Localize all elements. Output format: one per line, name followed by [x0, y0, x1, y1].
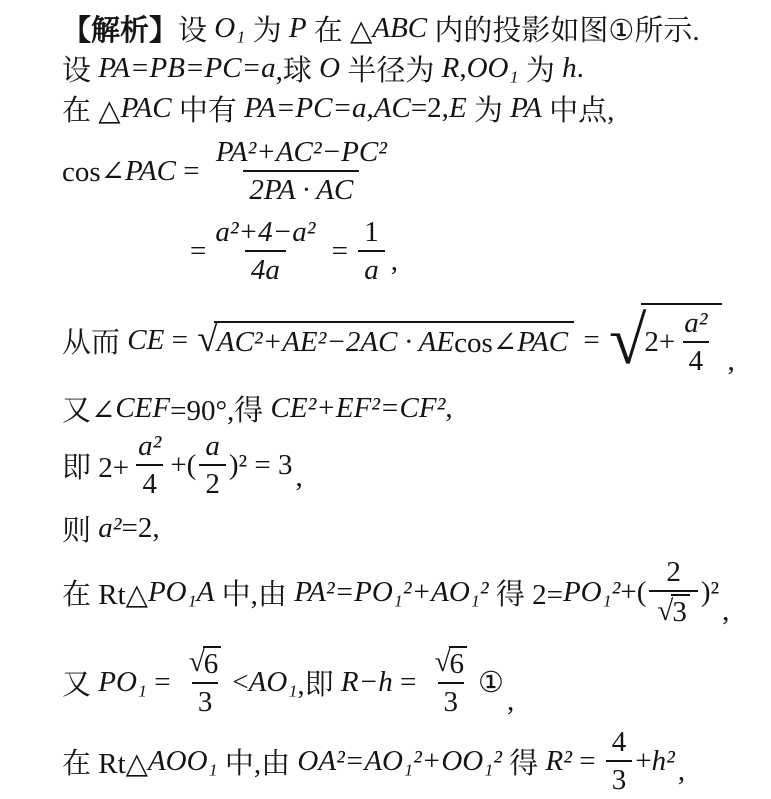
- math-run: PA=PB=PC=a: [98, 52, 275, 85]
- text-run: .: [577, 52, 584, 85]
- fraction-numerator: 2: [660, 556, 687, 590]
- text-run: ,球: [276, 48, 320, 89]
- fraction: a 2: [199, 430, 226, 501]
- fraction-denominator: 4: [683, 341, 710, 377]
- text-run: )² = 3: [229, 449, 293, 482]
- text-run: 中,由: [214, 572, 294, 613]
- text-run: 又: [62, 662, 98, 703]
- text-run: 半径为: [340, 48, 442, 89]
- text-run: ,: [459, 52, 466, 85]
- math-run: AO₁: [249, 666, 298, 699]
- text-run: 在 △: [62, 88, 121, 129]
- math-run: ABC: [372, 12, 427, 45]
- math-run: PAC: [125, 155, 176, 188]
- text-run: 中点,: [542, 88, 615, 129]
- solution-text: 【解析】 设 O₁ 为 P 在 △ ABC 内的投影如图①所示. 设 PA=PB…: [0, 0, 771, 796]
- text-run: 2+: [644, 326, 675, 359]
- math-run: PA=PC=a: [244, 92, 366, 125]
- fraction: √ 6 3: [181, 646, 229, 719]
- text-run: =: [147, 666, 178, 699]
- radicand: 2+ a² 4: [641, 303, 722, 378]
- math-run: PA: [510, 92, 542, 125]
- text-run: ,即: [297, 662, 341, 703]
- fraction-numerator: 4: [606, 726, 633, 760]
- math-run: R²: [546, 745, 572, 778]
- text-run: =2,: [121, 512, 159, 545]
- solution-line-5: = a²+4−a² 4a = 1 a ,: [190, 216, 765, 286]
- text-run: =: [164, 324, 195, 357]
- math-run: a²: [98, 512, 121, 545]
- comma: ,: [719, 595, 729, 636]
- text-run: cos∠: [62, 154, 125, 189]
- math-run: PO₁: [98, 666, 147, 699]
- fraction: 2 √ 3: [649, 556, 697, 629]
- text-run: 从而: [62, 320, 127, 361]
- fraction: PA²+AC²−PC² 2PA · AC: [210, 136, 393, 207]
- equation-number: ①: [478, 665, 504, 700]
- text-run: +(: [620, 576, 646, 609]
- math-run: AC²+AE²−2AC · AE: [217, 326, 454, 359]
- fraction-numerator: PA²+AC²−PC²: [210, 136, 393, 170]
- math-run: CEF: [115, 392, 170, 425]
- solution-line-1: 【解析】 设 O₁ 为 P 在 △ ABC 内的投影如图①所示.: [62, 8, 765, 48]
- text-run: 即 2+: [62, 445, 129, 486]
- math-run: PA²=PO₁²+AO₁²: [294, 576, 488, 609]
- fraction-numerator: a²+4−a²: [209, 216, 321, 250]
- text-run: +(: [170, 449, 196, 482]
- sqrt-radical: √ 6: [435, 646, 467, 680]
- solution-line-7: 又∠ CEF =90°,得 CE²+EF²=CF² ,: [62, 388, 765, 428]
- fraction-numerator: 1: [358, 216, 385, 250]
- text-run: ,: [367, 92, 374, 125]
- math-run: R: [442, 52, 460, 85]
- fraction-numerator: a²: [678, 307, 713, 341]
- math-run: AOO₁: [148, 745, 218, 778]
- text-run: 设: [62, 48, 98, 89]
- sqrt-radical: √ 6: [189, 646, 221, 680]
- math-run: PO₁²: [563, 576, 620, 609]
- fraction-numerator: √ 6: [427, 646, 475, 682]
- text-run: 为: [245, 8, 289, 49]
- fraction-denominator: a: [358, 250, 385, 286]
- text-run: 内的投影如图①所示.: [427, 8, 700, 49]
- fraction: a² 4: [678, 307, 713, 378]
- math-run: O: [319, 52, 340, 85]
- math-run: h²: [652, 745, 675, 778]
- math-run: CE²+EF²=CF²: [271, 392, 446, 425]
- text-run: =: [190, 235, 206, 268]
- math-run: CE: [127, 324, 164, 357]
- text-run: <: [232, 666, 248, 699]
- text-run: =: [176, 155, 207, 188]
- radicand: 6: [449, 646, 468, 680]
- math-run: OA²=AO₁²+OO₁²: [297, 745, 502, 778]
- fraction-denominator: 2PA · AC: [243, 170, 359, 206]
- sqrt-radical: √ 2+ a² 4: [609, 303, 722, 378]
- fraction-numerator: a²: [132, 430, 167, 464]
- analysis-label: 【解析】: [62, 8, 178, 49]
- fraction: a² 4: [132, 430, 167, 501]
- text-run: 则: [62, 508, 98, 549]
- fraction-denominator: 4a: [245, 250, 286, 286]
- solution-line-4: cos∠ PAC = PA²+AC²−PC² 2PA · AC: [62, 132, 765, 210]
- text-run: 中,由: [218, 741, 298, 782]
- comma: ,: [504, 685, 514, 726]
- solution-line-2: 设 PA=PB=PC=a ,球 O 半径为 R , OO₁ 为 h .: [62, 48, 765, 88]
- solution-line-9: 则 a² =2,: [62, 508, 765, 548]
- fraction-denominator: 2: [199, 464, 226, 500]
- math-run: OO₁: [467, 52, 519, 85]
- comma: ,: [293, 461, 303, 502]
- text-run: +: [635, 745, 651, 778]
- math-run: E: [449, 92, 467, 125]
- text-run: 得: [502, 741, 546, 782]
- math-run: R−h: [341, 666, 393, 699]
- math-run: AC: [374, 92, 411, 125]
- fraction-numerator: √ 6: [181, 646, 229, 682]
- radicand: 6: [203, 646, 222, 680]
- comma: ,: [388, 245, 398, 286]
- solution-line-11: 又 PO₁ = √ 6 3 < AO₁ ,即 R−h = √ 6 3: [62, 638, 765, 726]
- comma: ,: [724, 345, 734, 386]
- text-run: 设: [178, 8, 214, 49]
- fraction: 1 a: [358, 216, 385, 287]
- fraction-denominator: 4: [136, 464, 163, 500]
- text-run: 中有: [172, 88, 245, 129]
- math-run: PAC: [121, 92, 172, 125]
- text-run: =: [324, 235, 355, 268]
- fraction-denominator: √ 3: [649, 590, 697, 628]
- fraction: 4 3: [606, 726, 633, 797]
- text-run: 在 Rt△: [62, 741, 148, 782]
- text-run: =2,: [411, 92, 449, 125]
- text-run: 为: [467, 88, 511, 129]
- radicand: AC²+AE²−2AC · AE cos∠ PAC: [214, 321, 574, 360]
- fraction-numerator: a: [199, 430, 226, 464]
- text-run: ,: [445, 392, 452, 425]
- text-run: 又∠: [62, 388, 115, 429]
- solution-line-3: 在 △ PAC 中有 PA=PC=a , AC =2, E 为 PA 中点,: [62, 88, 765, 128]
- solution-line-12: 在 Rt△ AOO₁ 中,由 OA²=AO₁²+OO₁² 得 R² = 4 3 …: [62, 726, 765, 796]
- math-run: PAC: [517, 326, 568, 359]
- math-run: P: [289, 12, 307, 45]
- text-run: =90°,得: [170, 388, 270, 429]
- comma: ,: [675, 755, 685, 796]
- math-run: O₁: [214, 12, 245, 45]
- text-run: 在 △: [307, 8, 373, 49]
- fraction: a²+4−a² 4a: [209, 216, 321, 287]
- text-run: cos∠: [454, 325, 517, 360]
- text-run: 得 2=: [489, 572, 563, 613]
- solution-line-10: 在 Rt△ PO₁A 中,由 PA²=PO₁²+AO₁² 得 2= PO₁² +…: [62, 548, 765, 636]
- math-run: h: [562, 52, 577, 85]
- text-run: 在 Rt△: [62, 572, 148, 613]
- text-run: =: [576, 324, 607, 357]
- fraction: √ 6 3: [427, 646, 475, 719]
- text-run: 为: [519, 48, 563, 89]
- fraction-denominator: 3: [192, 682, 219, 718]
- fraction-denominator: 3: [606, 760, 633, 796]
- math-run: PO₁A: [148, 576, 214, 609]
- sqrt-radical: √ AC²+AE²−2AC · AE cos∠ PAC: [197, 321, 574, 360]
- solution-line-6: 从而 CE = √ AC²+AE²−2AC · AE cos∠ PAC = √ …: [62, 294, 765, 386]
- fraction-denominator: 3: [438, 682, 465, 718]
- radicand: 3: [671, 594, 690, 628]
- solution-line-8: 即 2+ a² 4 +( a 2 )² = 3 ,: [62, 428, 765, 502]
- text-run: =: [393, 666, 424, 699]
- text-run: =: [572, 745, 603, 778]
- sqrt-radical: √ 3: [657, 594, 689, 628]
- text-run: )²: [701, 576, 719, 609]
